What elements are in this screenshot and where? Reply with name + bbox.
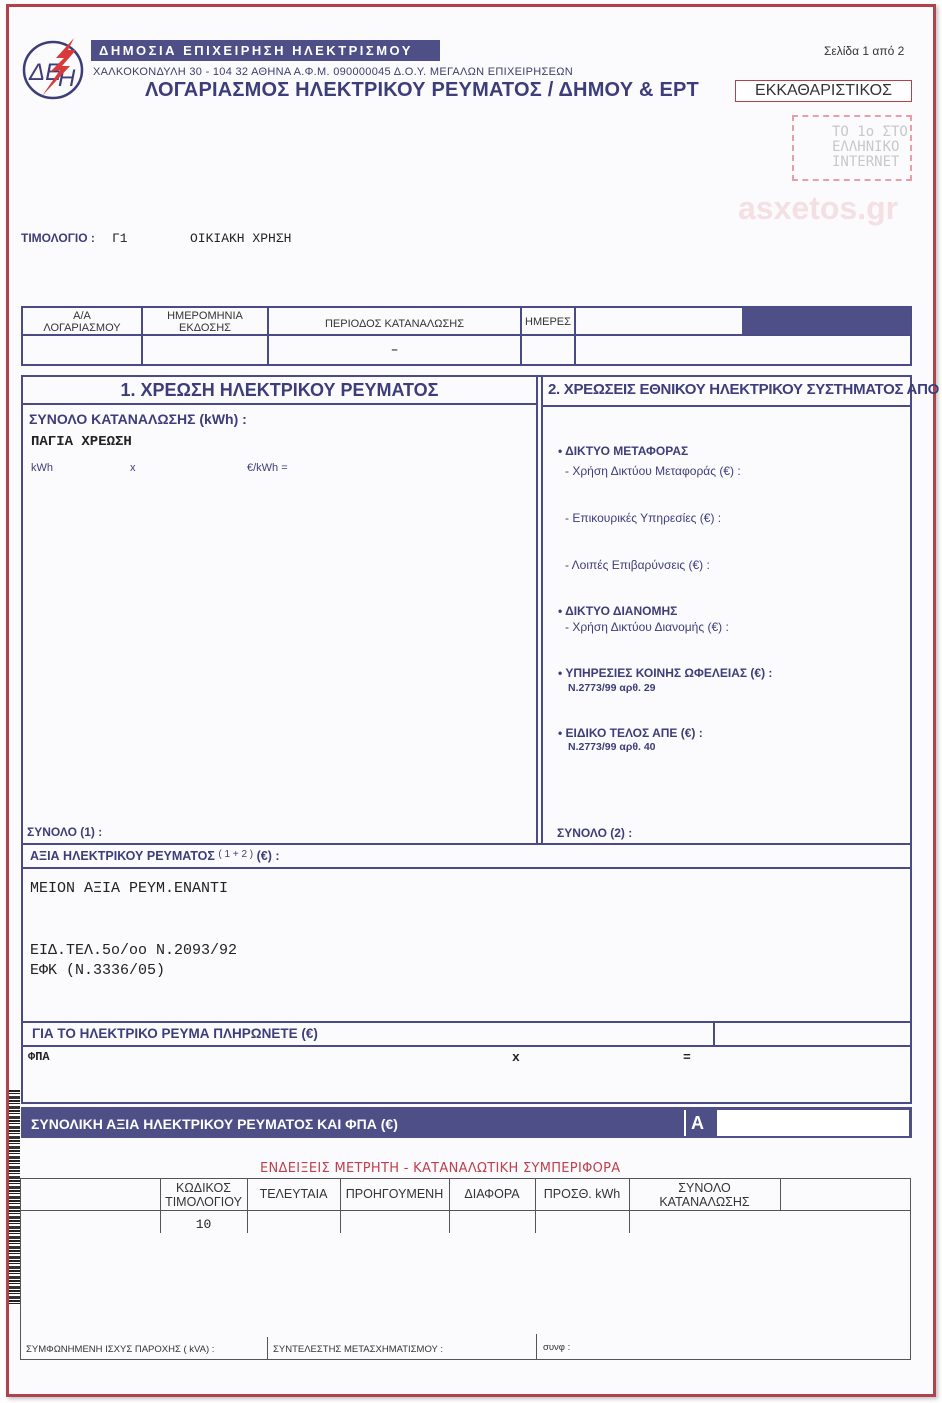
cos-phi-label: συνφ : bbox=[543, 1342, 570, 1353]
watermark: asxetos.gr bbox=[738, 190, 898, 227]
fixed-charge: ΠΑΓΙΑ ΧΡΕΩΣΗ bbox=[31, 434, 132, 450]
col-total-consumption: ΣΥΝΟΛΟΚΑΤΑΝΑΛΩΣΗΣ bbox=[629, 1181, 780, 1209]
bill-type-badge: ΕΚΚΑΘΑΡΙΣΤΙΚΟΣ bbox=[735, 80, 912, 102]
page-indicator: Σελίδα 1 από 2 bbox=[824, 44, 904, 58]
section1-total-label: ΣΥΝΟΛΟ (1) : bbox=[27, 825, 102, 839]
company-address: ΧΑΛΚΟΚΟΝΔΥΛΗ 30 - 104 32 ΑΘΗΝΑ Α.Φ.Μ. 09… bbox=[93, 66, 573, 78]
calc-rate: €/kWh = bbox=[247, 462, 288, 474]
tariff-label: ΤΙΜΟΛΟΓΙΟ : bbox=[21, 231, 95, 245]
stamp-line: ΤΟ 1ο ΣΤΟ bbox=[832, 125, 910, 140]
stamp-line: ΕΛΛΗΝΙΚΟ bbox=[832, 140, 910, 155]
distribution-use: - Χρήση Δικτύου Διανομής (€) : bbox=[565, 620, 729, 634]
col-additional-kwh: ΠΡΟΣΘ. kWh bbox=[535, 1187, 629, 1201]
grand-total-marker: Α bbox=[691, 1113, 704, 1134]
vat-equals: = bbox=[683, 1050, 691, 1065]
public-service: • ΥΠΗΡΕΣΙΕΣ ΚΟΙΝΗΣ ΩΦΕΛΕΙΑΣ (€) : bbox=[558, 666, 772, 680]
ancillary-services: - Επικουρικές Υπηρεσίες (€) : bbox=[565, 511, 721, 525]
svg-text:ΔΕ: ΔΕ bbox=[28, 59, 62, 86]
stamp-line: INTERNET bbox=[832, 155, 910, 170]
electricity-value-label: ΑΞΙΑ ΗΛΕΚΤΡΙΚΟΥ ΡΕΥΜΑΤΟΣ ( 1 + 2 ) (€) : bbox=[30, 849, 280, 863]
tariff-code: Γ1 bbox=[112, 231, 128, 246]
vat-x: x bbox=[512, 1050, 520, 1065]
header-period: ΠΕΡΙΟΔΟΣ ΚΑΤΑΝΑΛΩΣΗΣ bbox=[269, 318, 520, 330]
grand-total-label: ΣΥΝΟΛΙΚΗ ΑΞΙΑ ΗΛΕΚΤΡΙΚΟΥ ΡΕΥΜΑΤΟΣ ΚΑΙ ΦΠ… bbox=[31, 1116, 398, 1132]
other-charges: - Λοιπές Επιβαρύνσεις (€) : bbox=[565, 558, 710, 572]
special-fee-law: Ν.2773/99 αρθ. 40 bbox=[568, 741, 656, 753]
charges-block bbox=[21, 375, 912, 1104]
public-service-law: Ν.2773/99 αρθ. 29 bbox=[568, 682, 656, 694]
agreed-power-label: ΣΥΜΦΩΝΗΜΕΝΗ ΙΣΧΥΣ ΠΑΡΟΧΗΣ ( kVA) : bbox=[26, 1344, 214, 1355]
value-period: – bbox=[269, 344, 520, 356]
excise-line: ΕΦΚ (Ν.3336/05) bbox=[30, 962, 165, 979]
less-value-line: ΜΕΙΟΝ ΑΞΙΑ ΡΕΥΜ.ΕΝΑΝΤΙ bbox=[30, 880, 228, 897]
transmission-use: - Χρήση Δικτύου Μεταφοράς (€) : bbox=[565, 464, 741, 478]
payment-label: ΓΙΑ ΤΟ ΗΛΕΚΤΡΙΚΟ ΡΕΥΜΑ ΠΛΗΡΩΝΕΤΕ (€) bbox=[32, 1026, 318, 1041]
transmission-network: • ΔΙΚΤΥΟ ΜΕΤΑΦΟΡΑΣ bbox=[558, 444, 688, 458]
header-issue-date: ΗΜΕΡΟΜΗΝΙΑΕΚΔΟΣΗΣ bbox=[143, 310, 267, 334]
header-days: ΗΜΕΡΕΣ bbox=[522, 316, 574, 328]
special-fee-line: ΕΙΔ.ΤΕΛ.5ο/οο Ν.2093/92 bbox=[30, 942, 237, 959]
calc-kwh: kWh bbox=[31, 462, 53, 474]
distribution-network: • ΔΙΚΤΥΟ ΔΙΑΝΟΜΗΣ bbox=[558, 604, 677, 618]
meter-section-title: ΕΝΔΕΙΞΕΙΣ ΜΕΤΡΗΤΗ - ΚΑΤΑΝΑΛΩΤΙΚΗ ΣΥΜΠΕΡΙ… bbox=[260, 1161, 620, 1176]
row-tariff-code: 10 bbox=[160, 1217, 247, 1232]
grand-total-value bbox=[717, 1110, 909, 1136]
section1-title: 1. ΧΡΕΩΣΗ ΗΛΕΚΤΡΙΚΟΥ ΡΕΥΜΑΤΟΣ bbox=[23, 380, 536, 401]
transform-factor-label: ΣΥΝΤΕΛΕΣΤΗΣ ΜΕΤΑΣΧΗΜΑΤΙΣΜΟΥ : bbox=[273, 1344, 443, 1355]
internet-stamp: ΤΟ 1ο ΣΤΟ ΕΛΛΗΝΙΚΟ INTERNET bbox=[792, 115, 912, 181]
total-consumption-label: ΣΥΝΟΛΟ ΚΑΤΑΝΑΛΩΣΗΣ (kWh) : bbox=[29, 411, 247, 427]
col-last: ΤΕΛΕΥΤΑΙΑ bbox=[247, 1187, 340, 1201]
barcode-strip bbox=[9, 1090, 20, 1305]
summary-filled-cell bbox=[742, 307, 911, 335]
tariff-usage: ΟΙΚΙΑΚΗ ΧΡΗΣΗ bbox=[190, 231, 291, 246]
vat-label: ΦΠΑ bbox=[28, 1050, 50, 1064]
section2-total-label: ΣΥΝΟΛΟ (2) : bbox=[557, 826, 632, 840]
calc-x: x bbox=[130, 462, 136, 474]
col-difference: ΔΙΑΦΟΡΑ bbox=[449, 1187, 535, 1201]
special-fee-res: • ΕΙΔΙΚΟ ΤΕΛΟΣ ΑΠΕ (€) : bbox=[558, 726, 703, 740]
col-previous: ΠΡΟΗΓΟΥΜΕΝΗ bbox=[340, 1187, 449, 1201]
company-name: ΔΗΜΟΣΙΑ ΕΠΙΧΕΙΡΗΣΗ ΗΛΕΚΤΡΙΣΜΟΥ Α.Ε. bbox=[91, 40, 440, 61]
col-tariff-code: ΚΩΔΙΚΟΣΤΙΜΟΛΟΓΙΟΥ bbox=[160, 1181, 247, 1209]
dei-logo-icon: ΔΕ Η bbox=[22, 36, 84, 102]
section2-title: 2. ΧΡΕΩΣΕΙΣ ΕΘΝΙΚΟΥ ΗΛΕΚΤΡΙΚΟΥ ΣΥΣΤΗΜΑΤΟ… bbox=[548, 381, 939, 398]
header-account-no: Α/ΑΛΟΓΑΡΙΑΣΜΟΥ bbox=[23, 310, 141, 334]
document-title: ΛΟΓΑΡΙΑΣΜΟΣ ΗΛΕΚΤΡΙΚΟΥ ΡΕΥΜΑΤΟΣ / ΔΗΜΟΥ … bbox=[145, 79, 699, 102]
